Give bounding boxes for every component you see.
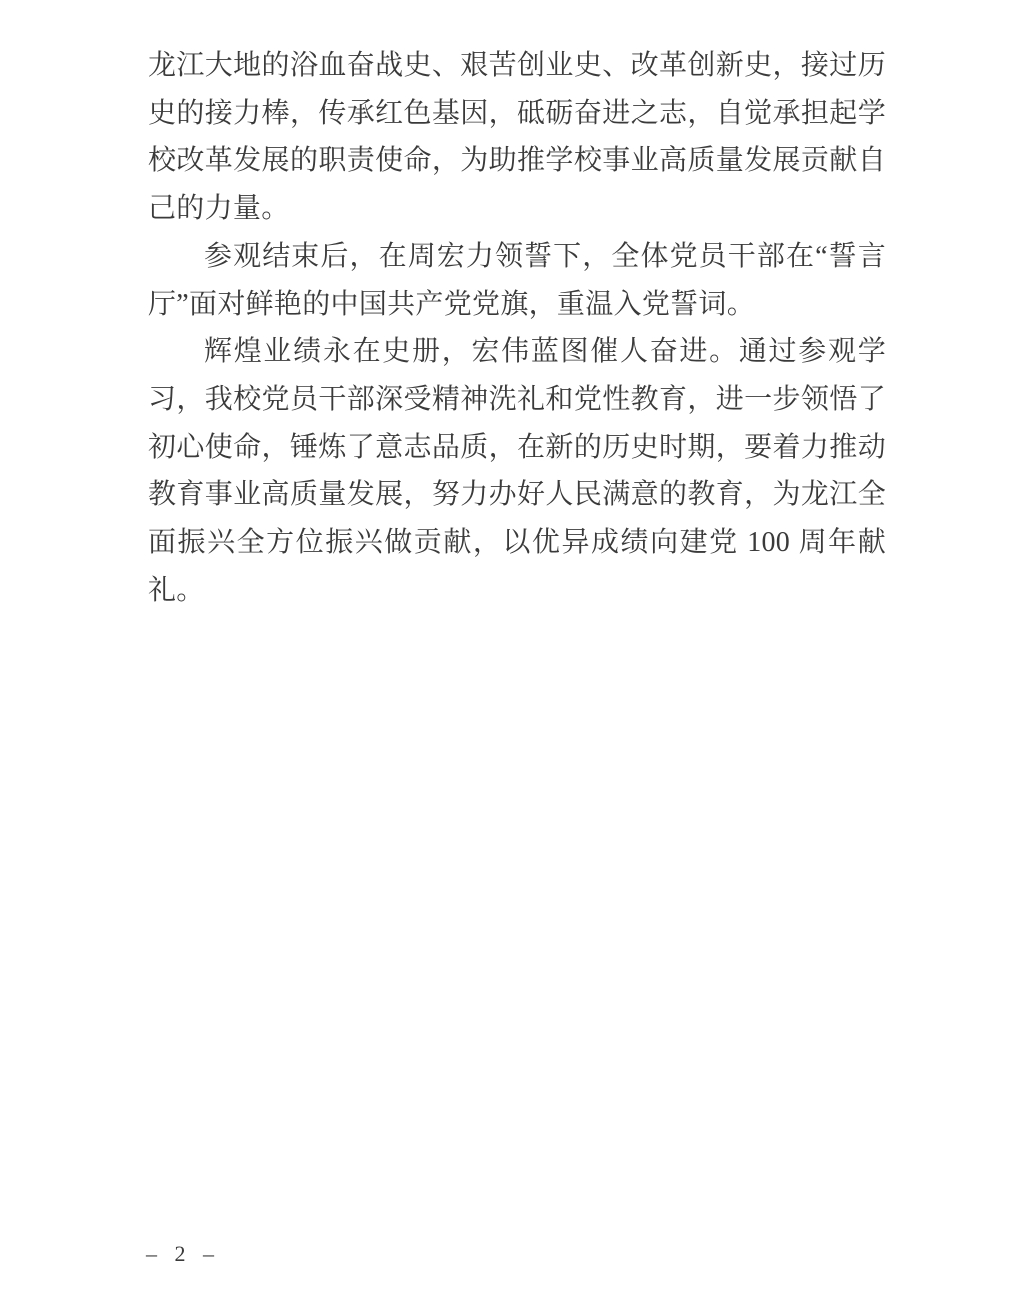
paragraph-summary: 辉煌业绩永在史册，宏伟蓝图催人奋进。通过参观学习，我校党员干部深受精神洗礼和党性… [148,328,886,614]
paragraph-oath: 参观结束后，在周宏力领誓下，全体党员干部在“誓言厅”面对鲜艳的中国共产党党旗，重… [148,233,886,328]
document-page: 龙江大地的浴血奋战史、艰苦创业史、改革创新史，接过历史的接力棒，传承红色基因，砥… [0,0,1024,1289]
document-body: 龙江大地的浴血奋战史、艰苦创业史、改革创新史，接过历史的接力棒，传承红色基因，砥… [148,42,886,614]
paragraph-continuation: 龙江大地的浴血奋战史、艰苦创业史、改革创新史，接过历史的接力棒，传承红色基因，砥… [148,42,886,233]
page-number: – 2 – [146,1241,220,1267]
